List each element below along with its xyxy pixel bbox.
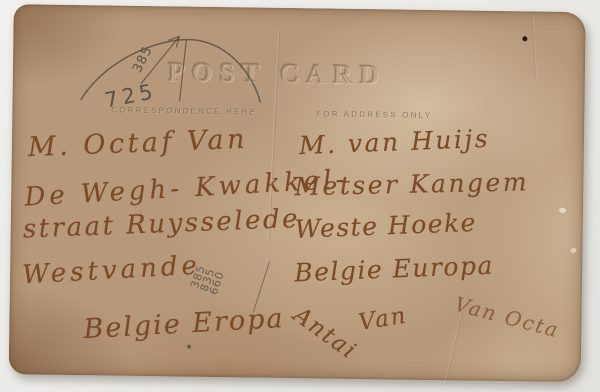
pencil-dome-sketch bbox=[70, 29, 271, 110]
postcard: POST CARD CORRESPONDENCE HERE FOR ADDRES… bbox=[9, 4, 586, 382]
dome-vertical-line bbox=[180, 39, 187, 101]
handwriting-line: Metser Kangem bbox=[294, 167, 529, 201]
worn-spot bbox=[559, 208, 566, 213]
handwriting-line: M. van Huijs bbox=[298, 124, 490, 160]
dark-speck bbox=[187, 345, 191, 349]
handwriting-line: Belgie Europa bbox=[294, 251, 495, 288]
handwriting-note: Van Octa bbox=[452, 292, 562, 343]
dark-speck bbox=[522, 36, 527, 41]
crease-mark bbox=[531, 13, 537, 79]
handwriting-line: Westvande bbox=[21, 251, 201, 291]
crease-mark bbox=[444, 306, 464, 384]
handwriting-note: Antai bbox=[288, 302, 361, 365]
handwriting-line: M. Octaf Van bbox=[27, 124, 248, 163]
handwriting-line: Weste Hoeke bbox=[294, 208, 477, 244]
address-caption: FOR ADDRESS ONLY bbox=[316, 109, 432, 120]
handwriting-line: Belgie Eropa bbox=[83, 303, 286, 345]
handwriting-note: Van bbox=[357, 303, 410, 337]
worn-spot bbox=[570, 248, 576, 253]
photo-background: POST CARD CORRESPONDENCE HERE FOR ADDRES… bbox=[0, 0, 600, 392]
